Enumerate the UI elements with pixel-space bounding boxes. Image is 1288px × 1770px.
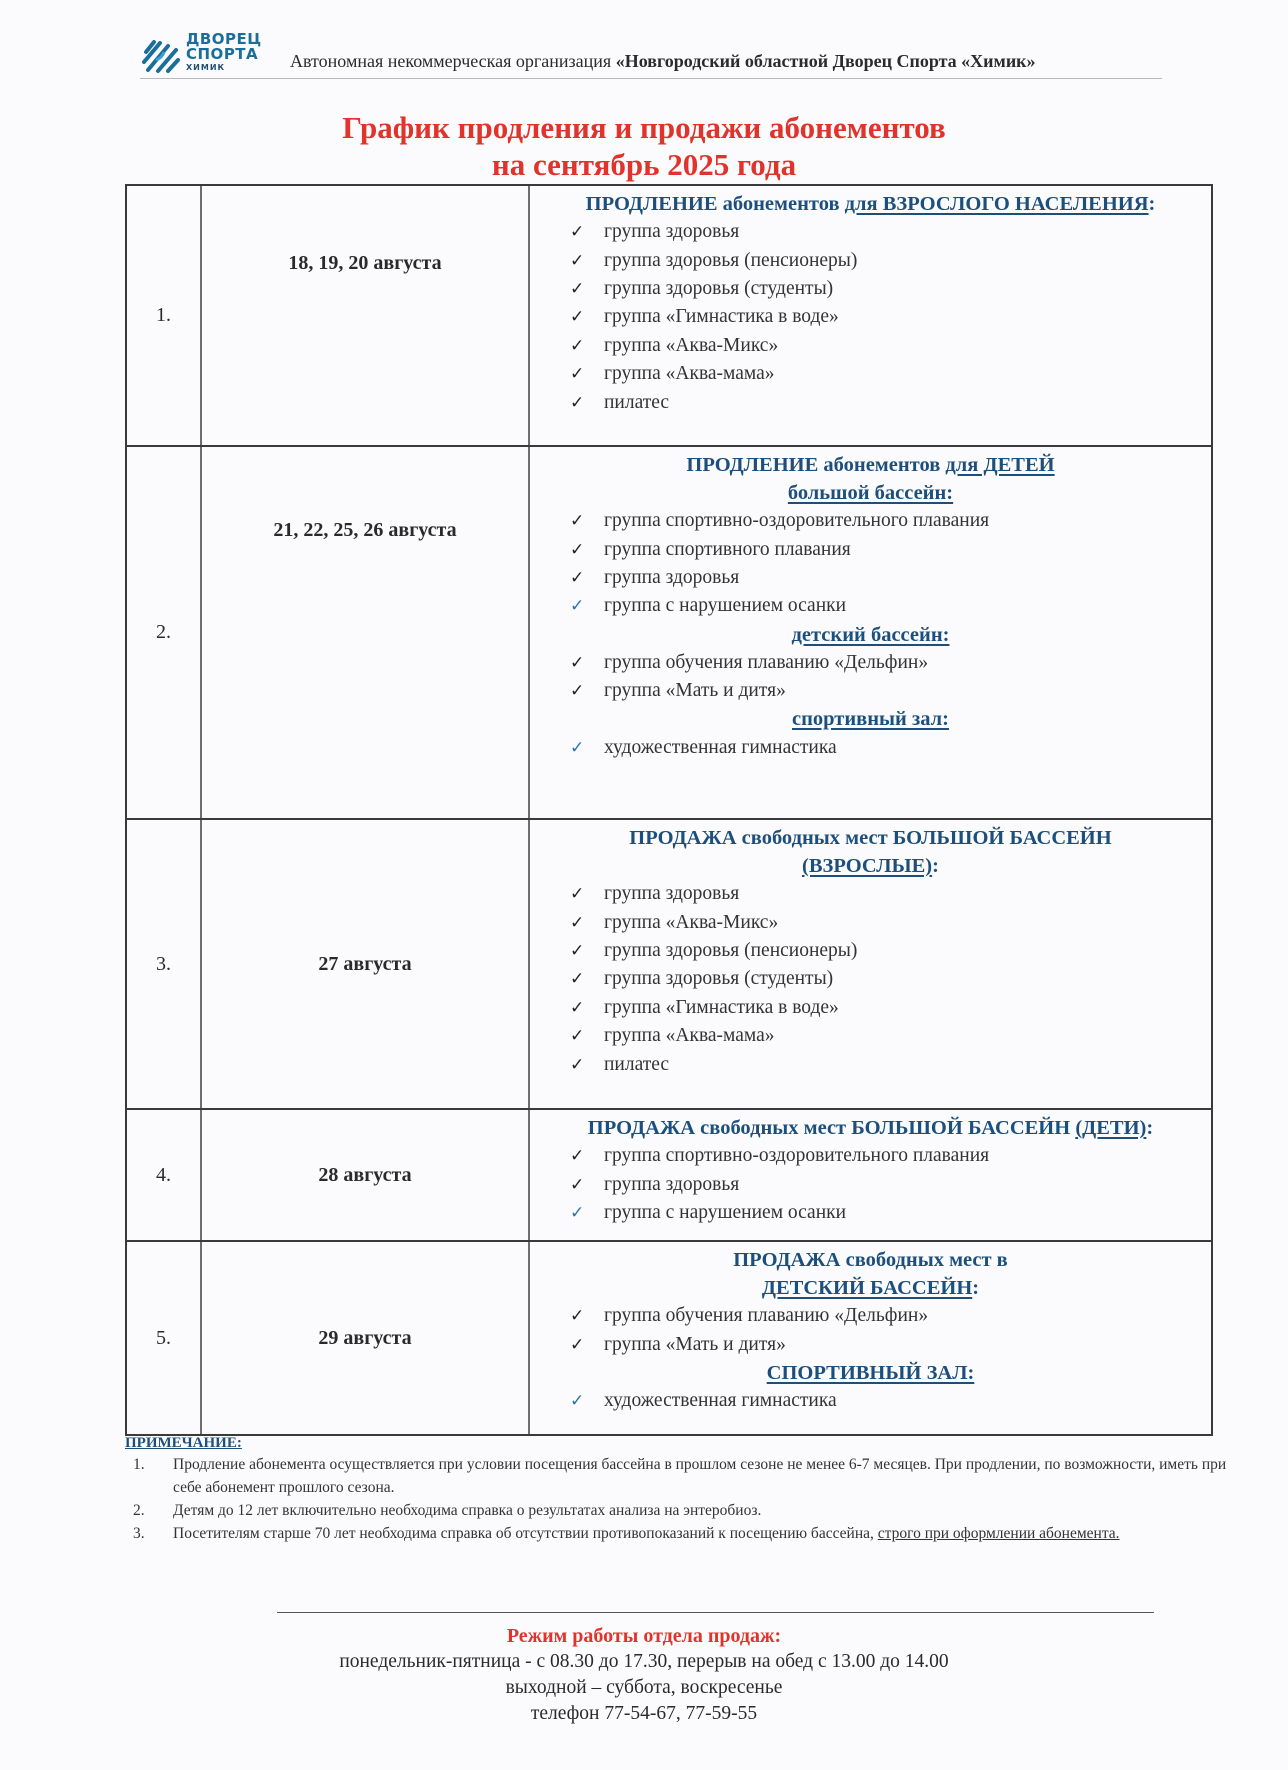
heading-part: ПРОДЛЕНИЕ абонементов <box>686 454 945 476</box>
section-heading: СПОРТИВНЫЙ ЗАЛ: <box>530 1359 1211 1387</box>
heading-part: для ВЗРОСЛОГО НАСЕЛЕНИЯ <box>845 193 1149 215</box>
list-item: ✓группа «Мать и дитя» <box>530 1330 1211 1358</box>
group-name: группа «Мать и дитя» <box>604 680 786 702</box>
group-name: группа с нарушением осанки <box>604 595 846 617</box>
note-item: 2.Детям до 12 лет включительно необходим… <box>125 1499 1235 1522</box>
section-heading: ПРОДЛЕНИЕ абонементов для ВЗРОСЛОГО НАСЕ… <box>530 190 1211 218</box>
checkmark-icon: ✓ <box>570 969 604 989</box>
table-row: 5.29 августаПРОДАЖА свободных мест вДЕТС… <box>127 1240 1211 1434</box>
list-item: ✓группа «Мать и дитя» <box>530 677 1211 705</box>
row-dates: 29 августа <box>202 1242 530 1434</box>
checkmark-icon: ✓ <box>570 511 604 531</box>
organization-name: Автономная некоммерческая организация «Н… <box>290 51 1036 72</box>
sales-hours-weekdays: понедельник-пятница - с 08.30 до 17.30, … <box>0 1649 1288 1675</box>
section-heading: детский бассейн: <box>530 621 1211 649</box>
checkmark-icon: ✓ <box>570 681 604 701</box>
schedule-table: 1.18, 19, 20 августаПРОДЛЕНИЕ абонементо… <box>125 184 1213 1436</box>
group-name: пилатес <box>604 1054 669 1076</box>
checkmark-icon: ✓ <box>570 1203 604 1223</box>
notes-list: 1.Продление абонемента осуществляется пр… <box>125 1453 1235 1545</box>
checkmark-icon: ✓ <box>570 1146 604 1166</box>
group-name: пилатес <box>604 392 669 414</box>
section-heading: (ВЗРОСЛЫЕ): <box>530 852 1211 880</box>
checkmark-icon: ✓ <box>570 738 604 758</box>
row-dates: 18, 19, 20 августа <box>202 186 530 445</box>
footer-divider <box>277 1612 1154 1613</box>
heading-part: (ДЕТИ) <box>1075 1117 1146 1139</box>
list-item: ✓группа с нарушением осанки <box>530 1199 1211 1227</box>
checkmark-icon: ✓ <box>570 1306 604 1326</box>
note-text: Детям до 12 лет включительно необходима … <box>173 1502 761 1519</box>
checkmark-icon: ✓ <box>570 568 604 588</box>
checkmark-icon: ✓ <box>570 540 604 560</box>
group-name: художественная гимнастика <box>604 737 837 759</box>
checkmark-icon: ✓ <box>570 941 604 961</box>
header-divider <box>140 78 1162 79</box>
sales-hours-heading: Режим работы отдела продаж: <box>0 1623 1288 1649</box>
org-prefix: Автономная некоммерческая организация <box>290 51 616 71</box>
checkmark-icon: ✓ <box>570 1335 604 1355</box>
group-name: группа «Гимнастика в воде» <box>604 997 839 1019</box>
row-dates: 28 августа <box>202 1110 530 1240</box>
heading-part: большой бассейн: <box>788 482 953 504</box>
table-row: 4.28 августаПРОДАЖА свободных мест БОЛЬШ… <box>127 1108 1211 1240</box>
list-item: ✓группа здоровья (студенты) <box>530 965 1211 993</box>
checkmark-icon: ✓ <box>570 393 604 413</box>
list-item: ✓художественная гимнастика <box>530 733 1211 761</box>
list-item: ✓группа обучения плаванию «Дельфин» <box>530 649 1211 677</box>
group-name: группа обучения плаванию «Дельфин» <box>604 652 928 674</box>
checkmark-icon: ✓ <box>570 307 604 327</box>
dvorets-sporta-logo: ДВОРЕЦ СПОРТА ХИМИК <box>140 32 280 78</box>
row-number: 1. <box>127 186 202 445</box>
group-name: группа здоровья <box>604 567 739 589</box>
note-text: Посетителям старше 70 лет необходима спр… <box>173 1525 878 1542</box>
section-heading: ПРОДЛЕНИЕ абонементов для ДЕТЕЙ <box>530 451 1211 479</box>
heading-part: ПРОДЛЕНИЕ абонементов <box>586 193 845 215</box>
row-groups: ПРОДАЖА свободных мест БОЛЬШОЙ БАССЕЙН (… <box>530 1110 1211 1240</box>
row-number: 2. <box>127 447 202 818</box>
checkmark-icon: ✓ <box>570 336 604 356</box>
heading-part: ПРОДАЖА свободных мест БОЛЬШОЙ БАССЕЙН <box>629 827 1111 849</box>
note-emphasis: строго при оформлении абонемента. <box>878 1525 1120 1542</box>
row-groups: ПРОДАЖА свободных мест вДЕТСКИЙ БАССЕЙН:… <box>530 1242 1211 1434</box>
list-item: ✓группа здоровья (пенсионеры) <box>530 937 1211 965</box>
checkmark-icon: ✓ <box>570 913 604 933</box>
group-name: группа «Гимнастика в воде» <box>604 306 839 328</box>
row-groups: ПРОДЛЕНИЕ абонементов для ДЕТЕЙбольшой б… <box>530 447 1211 818</box>
row-number: 4. <box>127 1110 202 1240</box>
group-name: группа здоровья (пенсионеры) <box>604 250 857 272</box>
list-item: ✓группа «Аква-мама» <box>530 1022 1211 1050</box>
logo-line-2: СПОРТА <box>186 47 262 62</box>
page-title-line-2: на сентябрь 2025 года <box>0 147 1288 183</box>
group-name: группа «Мать и дитя» <box>604 1334 786 1356</box>
heading-part: спортивный зал: <box>792 708 949 730</box>
row-groups: ПРОДАЖА свободных мест БОЛЬШОЙ БАССЕЙН(В… <box>530 820 1211 1108</box>
row-dates: 27 августа <box>202 820 530 1108</box>
group-name: группа спортивно-оздоровительного плаван… <box>604 1145 989 1167</box>
list-item: ✓группа здоровья <box>530 564 1211 592</box>
row-number: 5. <box>127 1242 202 1434</box>
group-name: группа «Аква-мама» <box>604 1025 775 1047</box>
list-item: ✓пилатес <box>530 1050 1211 1078</box>
heading-part: для ДЕТЕЙ <box>945 454 1054 476</box>
section-heading: ПРОДАЖА свободных мест БОЛЬШОЙ БАССЕЙН <box>530 824 1211 852</box>
list-item: ✓группа спортивно-оздоровительного плава… <box>530 507 1211 535</box>
notes-heading: ПРИМЕЧАНИЕ: <box>125 1433 1235 1453</box>
heading-part: СПОРТИВНЫЙ ЗАЛ: <box>767 1362 975 1384</box>
list-item: ✓группа «Аква-мама» <box>530 360 1211 388</box>
table-row: 2.21, 22, 25, 26 августаПРОДЛЕНИЕ абонем… <box>127 445 1211 818</box>
heading-part: ПРОДАЖА свободных мест в <box>733 1249 1008 1271</box>
group-name: группа обучения плаванию «Дельфин» <box>604 1305 928 1327</box>
heading-part: : <box>1149 193 1156 215</box>
heading-part: : <box>932 855 939 877</box>
checkmark-icon: ✓ <box>570 1175 604 1195</box>
section-heading: спортивный зал: <box>530 705 1211 733</box>
group-name: группа с нарушением осанки <box>604 1202 846 1224</box>
dvorets-sporta-logo-icon <box>142 38 180 74</box>
group-name: группа «Аква-Микс» <box>604 912 778 934</box>
checkmark-icon: ✓ <box>570 1055 604 1075</box>
org-title: «Новгородский областной Дворец Спорта «Х… <box>616 51 1036 71</box>
heading-part: детский бассейн: <box>792 624 950 646</box>
group-name: группа спортивно-оздоровительного плаван… <box>604 510 989 532</box>
group-name: группа здоровья (студенты) <box>604 278 833 300</box>
list-item: ✓группа здоровья (студенты) <box>530 275 1211 303</box>
list-item: ✓группа с нарушением осанки <box>530 592 1211 620</box>
list-item: ✓группа спортивно-оздоровительного плава… <box>530 1142 1211 1170</box>
list-item: ✓группа «Гимнастика в воде» <box>530 303 1211 331</box>
checkmark-icon: ✓ <box>570 1391 604 1411</box>
group-name: группа здоровья <box>604 1174 739 1196</box>
note-text: Продление абонемента осуществляется при … <box>173 1456 1226 1496</box>
checkmark-icon: ✓ <box>570 279 604 299</box>
group-name: группа здоровья <box>604 221 739 243</box>
list-item: ✓группа спортивного плавания <box>530 535 1211 563</box>
page-title-line-1: График продления и продажи абонементов <box>0 110 1288 146</box>
document-header: ДВОРЕЦ СПОРТА ХИМИК Автономная некоммерч… <box>140 32 1160 80</box>
heading-part: ДЕТСКИЙ БАССЕЙН <box>762 1277 972 1299</box>
section-heading: ДЕТСКИЙ БАССЕЙН: <box>530 1274 1211 1302</box>
row-dates: 21, 22, 25, 26 августа <box>202 447 530 818</box>
heading-part: (ВЗРОСЛЫЕ) <box>802 855 932 877</box>
note-number: 3. <box>133 1522 145 1545</box>
checkmark-icon: ✓ <box>570 364 604 384</box>
note-number: 2. <box>133 1499 145 1522</box>
section-heading: ПРОДАЖА свободных мест БОЛЬШОЙ БАССЕЙН (… <box>530 1114 1211 1142</box>
checkmark-icon: ✓ <box>570 596 604 616</box>
checkmark-icon: ✓ <box>570 251 604 271</box>
list-item: ✓группа «Гимнастика в воде» <box>530 994 1211 1022</box>
list-item: ✓группа здоровья <box>530 218 1211 246</box>
list-item: ✓группа здоровья <box>530 880 1211 908</box>
checkmark-icon: ✓ <box>570 884 604 904</box>
heading-part: : <box>972 1277 979 1299</box>
note-item: 3.Посетителям старше 70 лет необходима с… <box>125 1522 1235 1545</box>
list-item: ✓группа обучения плаванию «Дельфин» <box>530 1302 1211 1330</box>
list-item: ✓группа здоровья (пенсионеры) <box>530 246 1211 274</box>
sales-hours-weekend: выходной – суббота, воскресенье <box>0 1675 1288 1701</box>
group-name: группа «Аква-Микс» <box>604 335 778 357</box>
row-number: 3. <box>127 820 202 1108</box>
group-name: группа спортивного плавания <box>604 539 851 561</box>
list-item: ✓группа здоровья <box>530 1170 1211 1198</box>
group-name: группа «Аква-мама» <box>604 363 775 385</box>
note-item: 1.Продление абонемента осуществляется пр… <box>125 1453 1235 1499</box>
note-number: 1. <box>133 1453 145 1476</box>
group-name: группа здоровья (студенты) <box>604 968 833 990</box>
section-heading: ПРОДАЖА свободных мест в <box>530 1246 1211 1274</box>
checkmark-icon: ✓ <box>570 1026 604 1046</box>
list-item: ✓группа «Аква-Микс» <box>530 332 1211 360</box>
list-item: ✓пилатес <box>530 388 1211 416</box>
row-groups: ПРОДЛЕНИЕ абонементов для ВЗРОСЛОГО НАСЕ… <box>530 186 1211 445</box>
section-heading: большой бассейн: <box>530 479 1211 507</box>
group-name: группа здоровья <box>604 883 739 905</box>
checkmark-icon: ✓ <box>570 222 604 242</box>
list-item: ✓художественная гимнастика <box>530 1387 1211 1415</box>
list-item: ✓группа «Аква-Микс» <box>530 908 1211 936</box>
sales-phone: телефон 77-54-67, 77-59-55 <box>0 1701 1288 1727</box>
group-name: художественная гимнастика <box>604 1390 837 1412</box>
checkmark-icon: ✓ <box>570 998 604 1018</box>
group-name: группа здоровья (пенсионеры) <box>604 940 857 962</box>
checkmark-icon: ✓ <box>570 653 604 673</box>
heading-part: ПРОДАЖА свободных мест БОЛЬШОЙ БАССЕЙН <box>588 1117 1076 1139</box>
table-row: 3.27 августаПРОДАЖА свободных мест БОЛЬШ… <box>127 818 1211 1108</box>
notes-section: ПРИМЕЧАНИЕ: 1.Продление абонемента осуще… <box>125 1433 1235 1545</box>
table-row: 1.18, 19, 20 августаПРОДЛЕНИЕ абонементо… <box>127 186 1211 445</box>
logo-line-3: ХИМИК <box>186 62 262 73</box>
heading-part: : <box>1146 1117 1153 1139</box>
